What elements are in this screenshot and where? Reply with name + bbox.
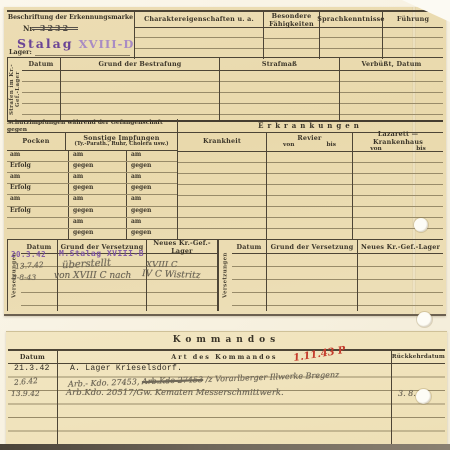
scanned-pow-record: Beschriftung der Erkennungsmarke Nr.3232… xyxy=(0,0,450,450)
scan-shadow-edge xyxy=(0,444,450,450)
impf-row: Erfolg gegen gegen xyxy=(7,162,177,173)
von-label: von xyxy=(283,142,294,149)
punch-hole xyxy=(416,389,431,404)
empty-row xyxy=(264,28,319,39)
empty-row xyxy=(320,38,382,49)
col-besondere-faehigkeiten: Besondere Fähigkeiten xyxy=(264,12,320,59)
kommandos-card: Kommandos Datum Art des Kommandos Rückke… xyxy=(6,331,447,445)
strafen-col-datum: Datum xyxy=(22,58,61,120)
pocken-header: Pocken xyxy=(7,133,66,150)
erkennungsmarke-box: Beschriftung der Erkennungsmarke Nr.3232… xyxy=(7,12,135,59)
lazarett-header: Lazarett — Krankenhaus von bis xyxy=(353,133,443,151)
nr-value-struck: 3232 xyxy=(40,23,70,33)
impf-row: am am xyxy=(7,218,177,229)
empty-row xyxy=(264,39,319,50)
datum-header: Datum xyxy=(232,240,266,254)
empty-rows xyxy=(178,152,267,239)
versetzung-entry-neues: IV C Wistritz xyxy=(142,269,201,281)
impfungen-title: Schutzimpfungen während der Gefangenscha… xyxy=(7,119,177,133)
empty-row xyxy=(135,38,263,49)
empty-rows xyxy=(340,71,443,120)
gegen-cell: gegen xyxy=(127,162,177,172)
grund-bestrafung-header: Grund der Bestrafung xyxy=(61,58,219,71)
kommandos-title: Kommandos xyxy=(6,335,447,345)
empty-row xyxy=(383,38,443,49)
empty-rows xyxy=(353,152,443,239)
gegen-cell: gegen xyxy=(127,184,177,194)
datum-header: Datum xyxy=(22,58,60,71)
krankheit-header: Krankheit xyxy=(178,133,267,151)
erkennungsmarke-label: Beschriftung der Erkennungsmarke xyxy=(7,14,134,21)
gegen-cell: gegen xyxy=(69,162,127,172)
lager-label: Lager: xyxy=(9,48,32,56)
erfolg-cell: Erfolg xyxy=(7,162,69,172)
sprachen-header: Sprachkenntnisse xyxy=(320,12,382,28)
col-fuehrung: Führung xyxy=(383,12,443,59)
impf-row: Erfolg gegen gegen xyxy=(7,207,177,218)
strafen-col-grund: Grund der Bestrafung xyxy=(61,58,220,120)
impfungen-header: Pocken Sonstige Impfungen (Ty.-Parath., … xyxy=(7,133,177,151)
gegen-cell: gegen xyxy=(127,207,177,217)
impf-row: am am am xyxy=(7,173,177,184)
strafen-col-verbuesst: Verbüßt, Datum xyxy=(340,58,443,120)
rows xyxy=(267,254,357,311)
punch-hole xyxy=(414,218,428,232)
col-charaktereigenschaften: Charaktereigenschaften u. a. xyxy=(135,12,264,59)
impf-row: am am am xyxy=(7,195,177,206)
empty-rows xyxy=(22,71,60,120)
versetzung-entry-grund: von XVIII C nach xyxy=(54,271,131,281)
am-cell: am xyxy=(69,151,127,161)
vers-col-neues-lager: Neues Kr.-Gef.-Lager xyxy=(358,240,443,311)
am-cell: am xyxy=(7,195,69,205)
kommando-entry-datum: 21.3.42 xyxy=(14,364,50,373)
am-cell: am xyxy=(69,173,127,183)
datum-header: Datum xyxy=(8,351,57,364)
blank-cell xyxy=(7,229,69,239)
empty-row xyxy=(320,28,382,39)
impf-row: Erfolg gegen gegen xyxy=(7,184,177,195)
strafen-side-label: Strafen im Kr.-Gef.-Lager xyxy=(7,58,22,120)
tag-number-line: Nr.3232 xyxy=(23,23,70,33)
versetzungen-right: Versetzungen Datum Grund der Versetzung … xyxy=(218,240,443,311)
erfolg-cell: Erfolg xyxy=(7,184,69,194)
sonstige-header: Sonstige Impfungen (Ty.-Parath., Ruhr, C… xyxy=(66,133,177,150)
neues-lager-header: Neues Kr.-Gef.-Lager xyxy=(147,240,217,254)
versetzungen-side-label: Versetzungen xyxy=(218,240,232,311)
punch-hole xyxy=(417,312,432,327)
impfungen-table: Schutzimpfungen während der Gefangenscha… xyxy=(7,119,178,239)
vers-col-grund: Grund der Versetzung xyxy=(267,240,358,311)
am-cell: am xyxy=(69,218,127,228)
impf-row: am am am xyxy=(7,151,177,162)
rueckkehrdatum-header: Rückkehrdatum xyxy=(392,351,445,364)
gegen-cell: gegen xyxy=(69,229,127,239)
empty-rows xyxy=(61,71,219,120)
bis-label: bis xyxy=(326,142,336,149)
empty-row xyxy=(135,28,263,39)
revier-label: Revier xyxy=(297,135,321,143)
rows xyxy=(232,254,266,311)
charakter-header: Charaktereigenschaften u. a. xyxy=(135,12,263,28)
gegen-cell: gegen xyxy=(69,184,127,194)
faehigkeiten-header: Besondere Fähigkeiten xyxy=(264,12,319,28)
identification-section: Beschriftung der Erkennungsmarke Nr.3232… xyxy=(7,10,443,59)
grund-versetzung-header: Grund der Versetzung xyxy=(267,240,357,254)
empty-rows xyxy=(267,152,353,239)
erkrankungen-header: Krankheit Revier von bis Lazarett — Kran… xyxy=(178,133,443,152)
am-cell: am xyxy=(7,151,69,161)
empty-row xyxy=(383,28,443,39)
lager-line: Lager: xyxy=(9,48,130,56)
versetzung-entry-datum: 20.3.42 xyxy=(11,250,46,259)
verbuesst-header: Verbüßt, Datum xyxy=(340,58,443,71)
am-cell: am xyxy=(127,173,177,183)
kommando-entry-datum: 13.9.42 xyxy=(11,389,40,398)
versetzung-entry-grund: M.Stalag XVIII-B xyxy=(59,249,144,258)
pow-record-card: Beschriftung der Erkennungsmarke Nr.3232… xyxy=(4,7,446,316)
rows xyxy=(392,364,445,445)
am-cell: am xyxy=(127,151,177,161)
versetzung-entry-datum: 8-8-43 xyxy=(12,273,36,282)
erfolg-cell: Erfolg xyxy=(7,207,69,217)
col-sprachkenntnisse: Sprachkenntnisse xyxy=(320,12,383,59)
empty-rows xyxy=(220,71,339,120)
kommando-entry-art: Arb.Kdo. 20517/Gw. Kematen Messerschmitt… xyxy=(66,388,284,398)
kommando-entry-art: A. Lager Krieselsdorf. xyxy=(70,364,182,373)
vers-col-datum: Datum xyxy=(232,240,267,311)
lager-rule xyxy=(35,48,130,56)
gegen-cell: gegen xyxy=(127,229,177,239)
medical-section: Schutzimpfungen während der Gefangenscha… xyxy=(7,119,443,239)
rows xyxy=(358,254,443,311)
erkrankungen-body xyxy=(178,152,443,239)
am-cell: am xyxy=(127,218,177,228)
am-cell: am xyxy=(69,195,127,205)
sonstige-line2: (Ty.-Parath., Ruhr, Cholera usw.) xyxy=(74,142,168,148)
blank-cell xyxy=(7,218,69,228)
am-cell: am xyxy=(7,173,69,183)
lazarett-label: Lazarett — Krankenhaus xyxy=(353,131,443,146)
impf-row: gegen gegen xyxy=(7,229,177,239)
revier-header: Revier von bis xyxy=(267,133,353,151)
strafmass-header: Strafmaß xyxy=(220,58,339,71)
erkrankungen-table: Erkrankungen Krankheit Revier von bis La… xyxy=(178,119,443,239)
strafen-section: Strafen im Kr.-Gef.-Lager Datum Grund de… xyxy=(7,57,443,122)
gegen-cell: gegen xyxy=(69,207,127,217)
strafen-col-strafmass: Strafmaß xyxy=(220,58,340,120)
am-cell: am xyxy=(127,195,177,205)
neues-lager-header: Neues Kr.-Gef.-Lager xyxy=(358,240,443,254)
